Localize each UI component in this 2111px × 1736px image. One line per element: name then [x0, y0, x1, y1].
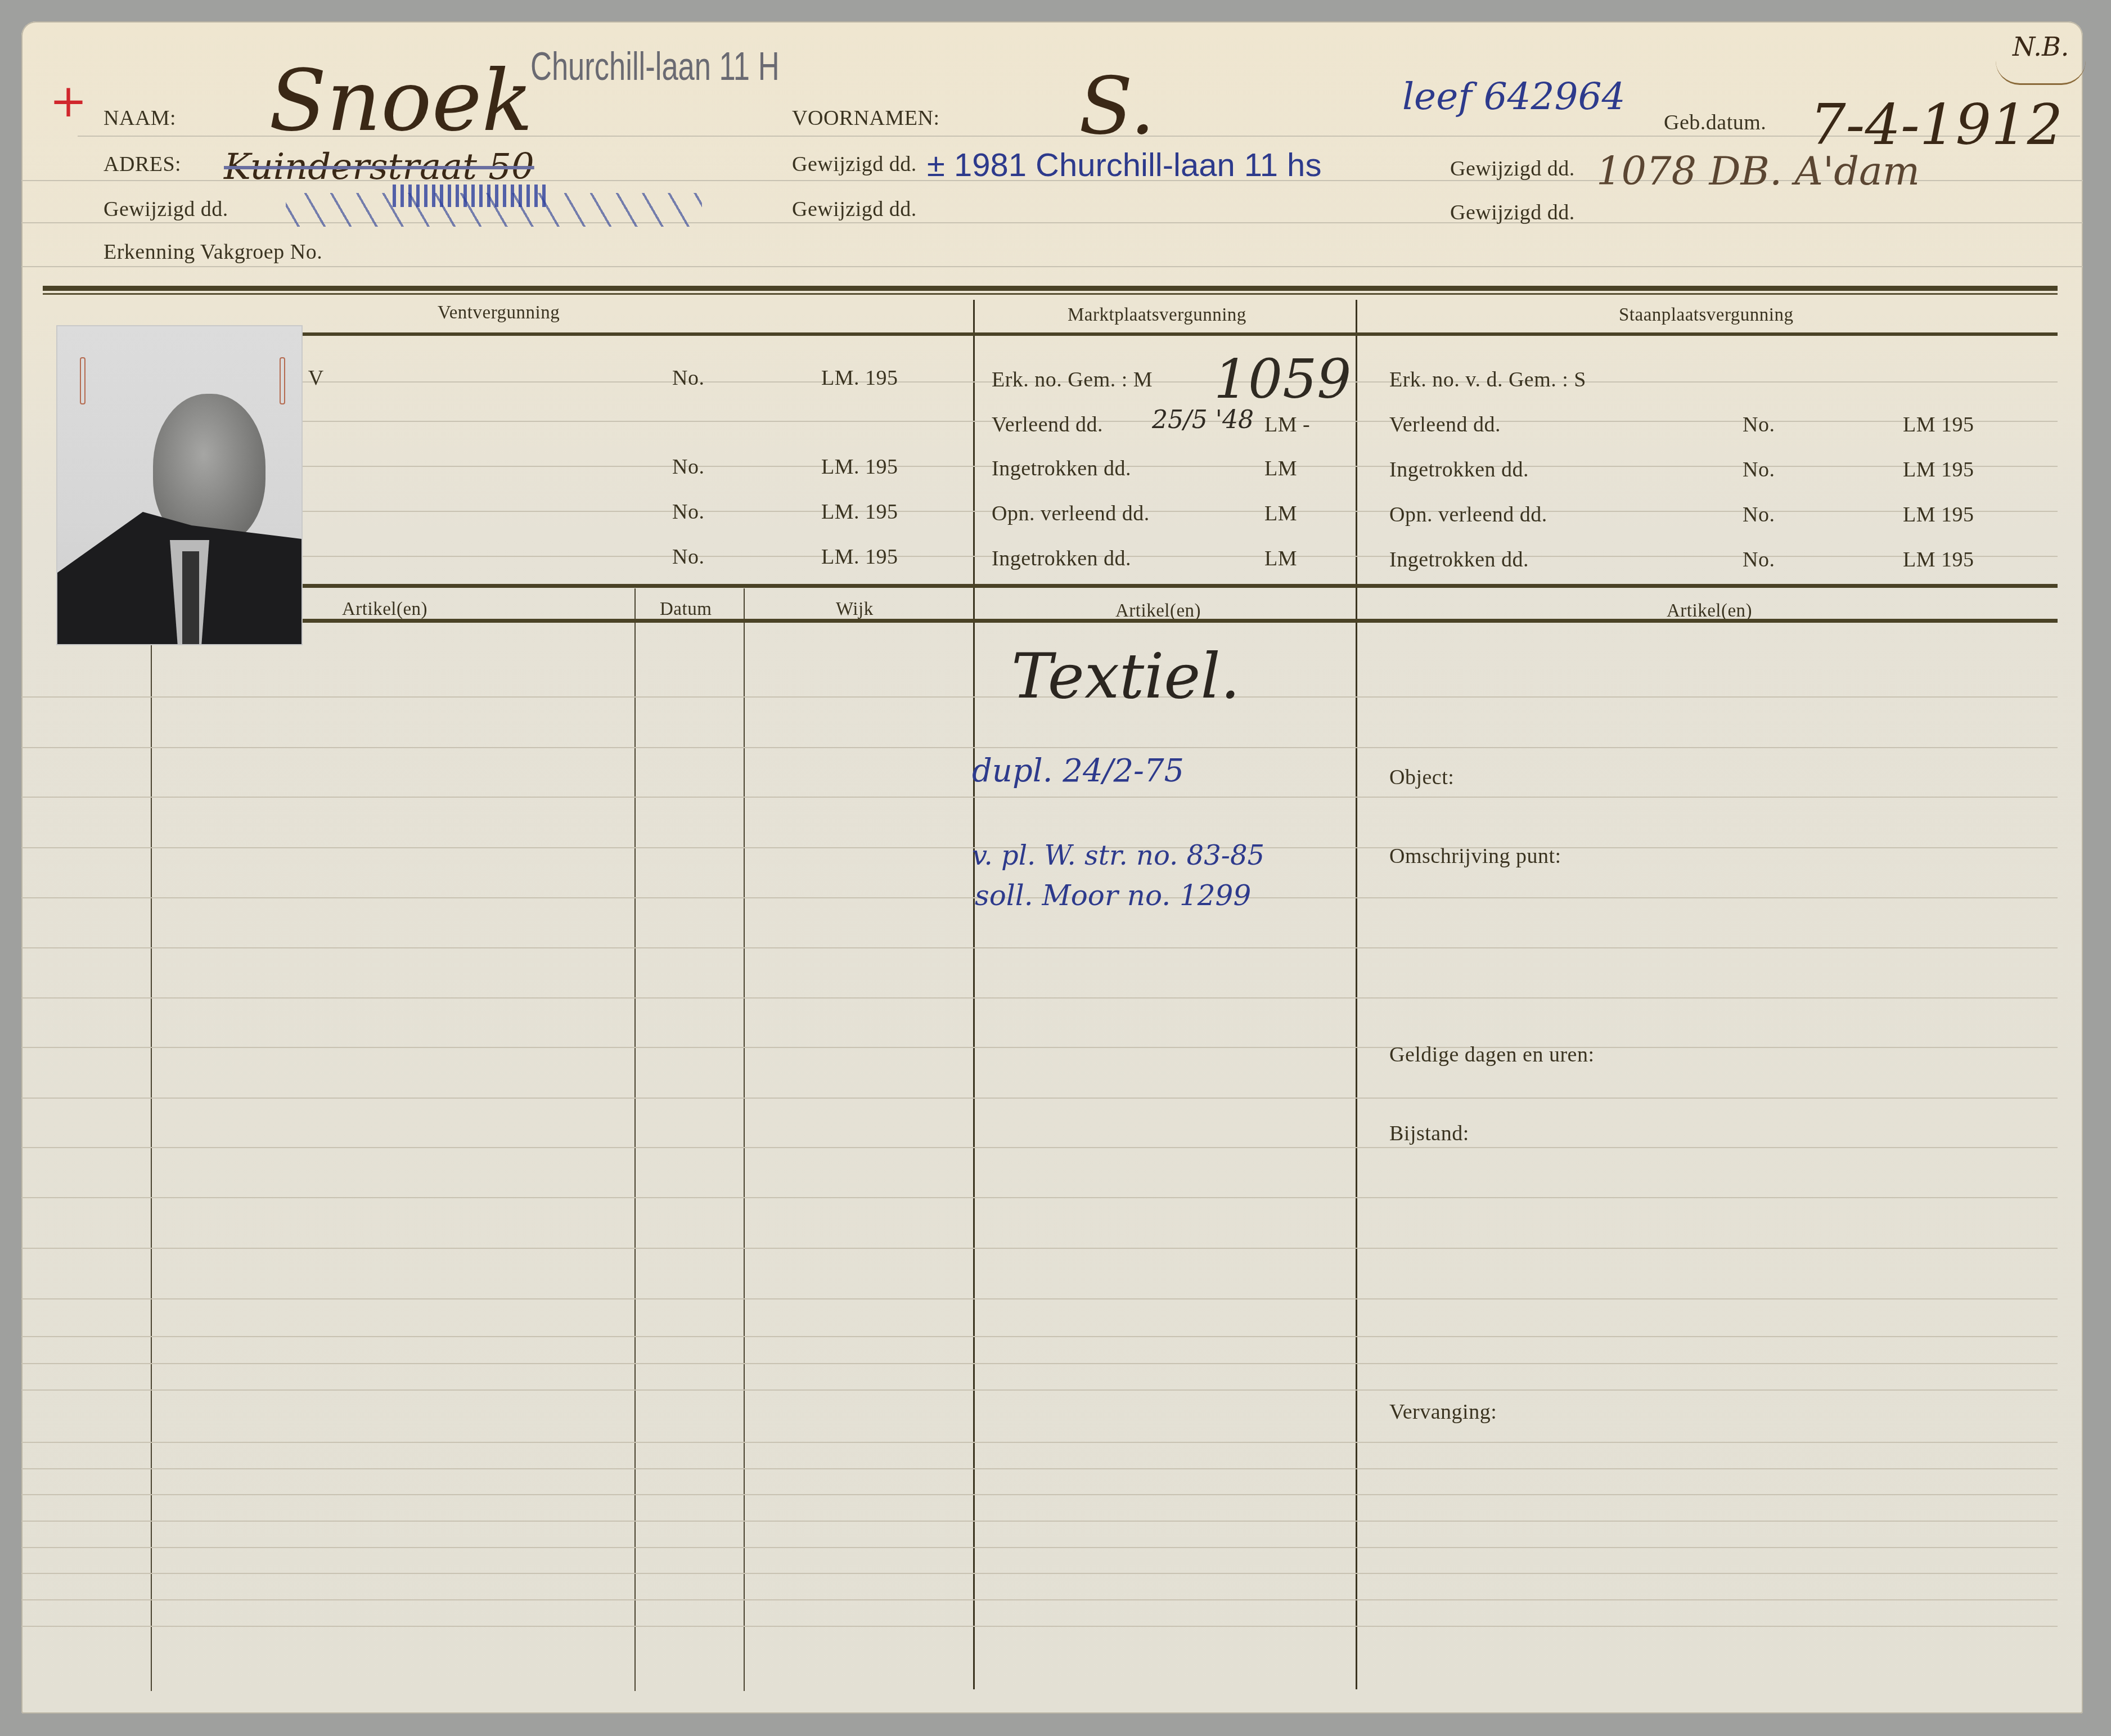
vent-row-lm: LM. 195	[821, 455, 898, 479]
artikel-separator-bottom	[274, 619, 2058, 623]
markt-row-lm: LM	[1264, 456, 1297, 481]
markt-artikel-entry: Textiel.	[1011, 640, 1240, 712]
rule	[274, 511, 2058, 512]
markt-artikel-entry: dupl. 24/2-75	[972, 753, 1184, 789]
staan-row-lm: LM 195	[1903, 412, 1974, 437]
header-separator	[43, 286, 2058, 291]
markt-verleend-value: 25/5 '48	[1152, 406, 1254, 434]
markt-erk-value: 1059	[1214, 348, 1351, 411]
portrait-photo	[56, 325, 303, 645]
naam-value: Snoek	[269, 52, 533, 150]
staan-row-label: Ingetrokken dd.	[1389, 547, 1529, 572]
markt-row-label: Opn. verleend dd.	[992, 501, 1150, 526]
geb-datum-label: Geb.datum.	[1664, 110, 1766, 135]
gewijzigd4-label: Gewijzigd dd.	[1450, 156, 1575, 181]
vent-title: Ventvergunning	[438, 303, 560, 323]
corner-arc	[1996, 61, 2086, 85]
artikel-separator-top	[274, 584, 2058, 588]
section-title-separator	[274, 332, 2058, 336]
rule	[274, 556, 2058, 557]
rule	[21, 266, 2083, 267]
object-label: Object:	[1389, 765, 1454, 790]
vent-wijk-header: Wijk	[836, 599, 874, 620]
gewijzigd2-value: ± 1981 Churchill-laan 11 hs	[927, 146, 1321, 184]
vervanging-label: Vervanging:	[1389, 1400, 1497, 1424]
omschrijving-label: Omschrijving punt:	[1389, 844, 1561, 869]
staan-row-lm: LM 195	[1903, 547, 1974, 572]
rule	[274, 466, 2058, 467]
registration-card: N.B. + Churchill-laan 11 H NAAM: Snoek A…	[21, 21, 2083, 1713]
column-divider	[973, 300, 975, 1689]
corner-mark: N.B.	[2013, 32, 2069, 62]
staan-row-lm: LM 195	[1903, 457, 1974, 482]
staple-icon	[80, 357, 85, 404]
gewijzigd2-label: Gewijzigd dd.	[792, 152, 917, 177]
vent-row-no: No.	[672, 500, 704, 524]
column-divider	[744, 588, 745, 1691]
voornamen-label: VOORNAMEN:	[792, 106, 940, 131]
markt-row-lm: LM	[1264, 546, 1297, 571]
vent-datum-header: Datum	[660, 599, 712, 620]
geldige-label: Geldige dagen en uren:	[1389, 1042, 1594, 1067]
markt-row-label: Ingetrokken dd.	[992, 456, 1131, 481]
vent-artikel-header: Artikel(en)	[342, 599, 427, 620]
stamp-scribble	[393, 185, 550, 207]
vent-row-no: No.	[672, 545, 704, 569]
markt-row-lm: LM -	[1264, 412, 1310, 437]
staple-icon	[280, 357, 285, 404]
staan-row-no: No.	[1743, 412, 1775, 437]
markt-row-lm: LM	[1264, 501, 1297, 526]
staan-row-no: No.	[1743, 502, 1775, 527]
gewijzigd3-label: Gewijzigd dd.	[792, 197, 917, 222]
naam-label: NAAM:	[103, 106, 176, 131]
vent-row-lm: LM. 195	[821, 366, 898, 390]
column-divider	[151, 618, 152, 1691]
markt-row-label: Ingetrokken dd.	[992, 546, 1131, 571]
staan-row-label: Erk. no. v. d. Gem. : S	[1389, 367, 1586, 392]
header-separator-thin	[43, 293, 2058, 295]
staan-row-no: No.	[1743, 547, 1775, 572]
column-divider	[1356, 300, 1357, 1689]
rule	[274, 381, 2058, 383]
markt-artikel-entry: v. pl. W. str. no. 83-85	[972, 840, 1264, 871]
markt-row-label: Verleend dd.	[992, 412, 1103, 437]
voornamen-value: S.	[1079, 61, 1155, 152]
staan-row-no: No.	[1743, 457, 1775, 482]
gewijzigd4-value: 1078 DB. A'dam	[1596, 148, 1920, 194]
staan-row-label: Opn. verleend dd.	[1389, 502, 1547, 527]
vent-row-no: No.	[672, 366, 704, 390]
erkenning-label: Erkenning Vakgroep No.	[103, 240, 322, 264]
gewijzigd-label: Gewijzigd dd.	[103, 197, 228, 222]
staan-row-label: Verleend dd.	[1389, 412, 1501, 437]
markt-artikel-entry: soll. Moor no. 1299	[975, 879, 1251, 912]
red-mark: +	[49, 75, 87, 127]
adres-label: ADRES:	[103, 152, 181, 177]
vent-row-lm: LM. 195	[821, 545, 898, 569]
markt-title: Marktplaatsvergunning	[1068, 305, 1246, 326]
staan-row-label: Ingetrokken dd.	[1389, 457, 1529, 482]
staan-row-lm: LM 195	[1903, 502, 1974, 527]
naam-annotation: Churchill-laan 11 H	[530, 44, 780, 89]
leef-note: leef 642964	[1402, 75, 1626, 118]
vent-row-lm: LM. 195	[821, 500, 898, 524]
gewijzigd5-label: Gewijzigd dd.	[1450, 200, 1575, 225]
bijstand-label: Bijstand:	[1389, 1121, 1469, 1146]
adres-value: Kuinderstraat 50	[224, 146, 534, 188]
markt-row-label: Erk. no. Gem. : M	[992, 367, 1153, 392]
vent-row-no: No.	[672, 455, 704, 479]
column-divider	[634, 588, 636, 1691]
staan-title: Staanplaatsvergunning	[1619, 305, 1794, 326]
